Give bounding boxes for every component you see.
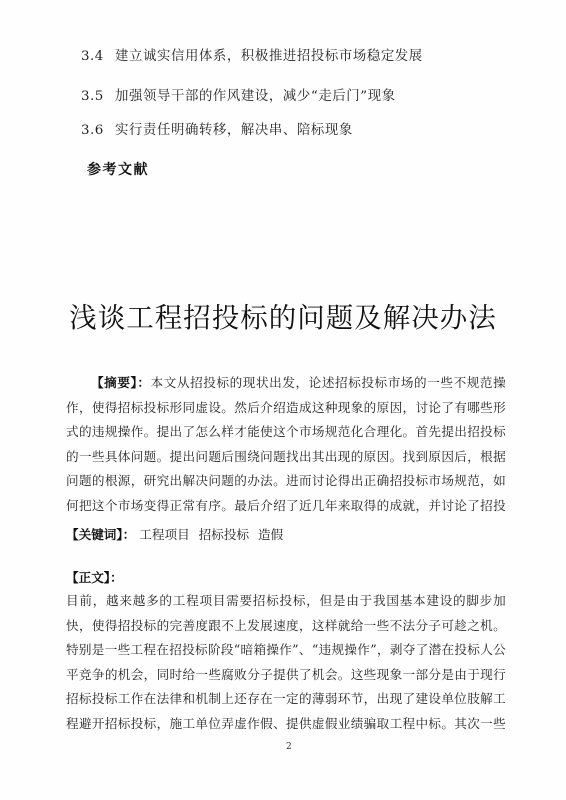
abstract-label: 【摘要】： [91, 375, 151, 390]
toc-item-number: 3.6 [81, 122, 115, 140]
keyword: 招标投标 [199, 527, 249, 542]
toc-item-text: 实行责任明确转移，解决串、陪标现象 [115, 123, 353, 138]
abstract-paragraph: 【摘要】：本文从招投标的现状出发，论述招标投标市场的一些不规范操作，使得招标投标… [66, 371, 506, 521]
body-paragraph: 目前，越来越多的工程项目需要招标投标，但是由于我国基本建设的脚步加快，使得招投标… [66, 589, 506, 739]
references-heading: 参考文献 [87, 159, 149, 179]
keyword: 造假 [258, 527, 283, 542]
article-title: 浅谈工程招投标的问题及解决办法 [0, 300, 566, 336]
toc-item-3-6[interactable]: 3.6实行责任明确转移，解决串、陪标现象 [81, 122, 353, 140]
abstract-text: 本文从招投标的现状出发，论述招标投标市场的一些不规范操作，使得招标投标形同虚设。… [66, 375, 506, 521]
page-number: 2 [286, 742, 292, 752]
document-page: 3.4建立诚实信用体系，积极推进招投标市场稳定发展 3.5加强领导干部的作风建设… [0, 0, 566, 800]
toc-item-number: 3.5 [81, 88, 115, 106]
toc-item-text: 加强领导干部的作风建设，减少“走后门”现象 [115, 89, 396, 104]
toc-item-3-5[interactable]: 3.5加强领导干部的作风建设，减少“走后门”现象 [81, 88, 396, 106]
toc-item-number: 3.4 [81, 48, 115, 66]
toc-item-text: 建立诚实信用体系，积极推进招投标市场稳定发展 [115, 49, 423, 64]
keywords-line: 【关键词】： 工程项目招标投标造假 [66, 524, 292, 546]
keywords-label: 【关键词】： [66, 527, 135, 542]
keyword: 工程项目 [139, 527, 189, 542]
body-label: 【正文】： [66, 567, 123, 589]
toc-item-3-4[interactable]: 3.4建立诚实信用体系，积极推进招投标市场稳定发展 [81, 48, 423, 66]
